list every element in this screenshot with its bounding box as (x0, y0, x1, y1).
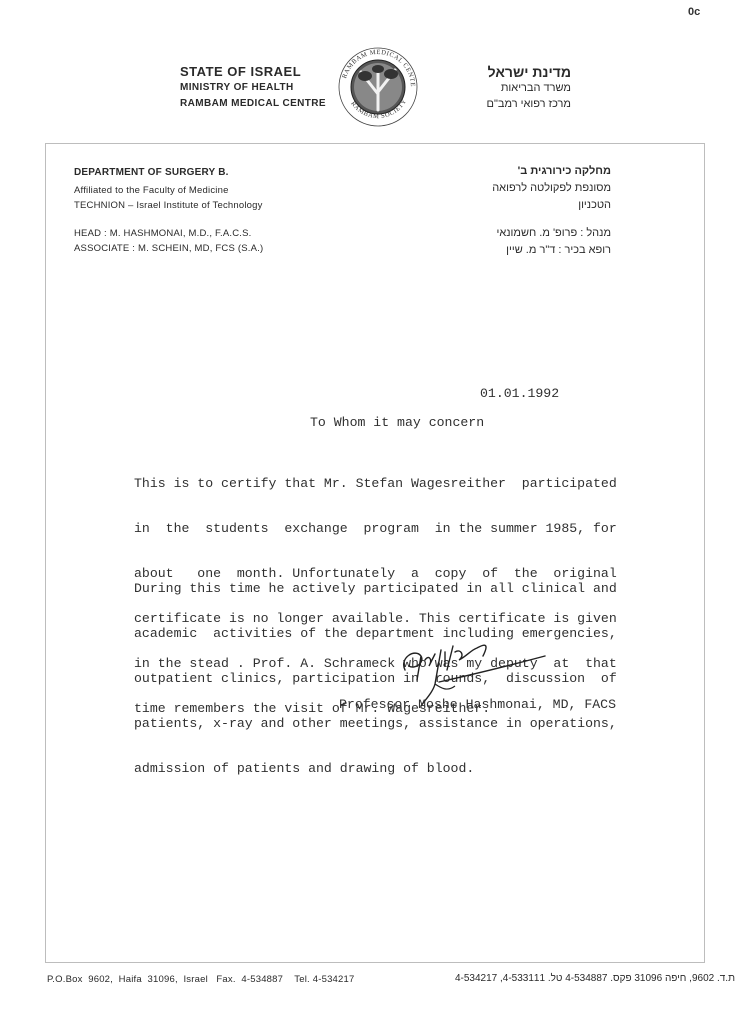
footer-address-hebrew: ת.ד. 9602, חיפה 31096 פקס. 4-534887 טל. … (440, 973, 735, 984)
corner-mark: 0c (688, 6, 700, 18)
body-line: patients, x-ray and other meetings, assi… (134, 716, 617, 731)
affiliation-line-1-hebrew: מסונפת לפקולטה לרפואה (492, 180, 611, 197)
letterhead-hebrew: מדינת ישראל משרד הבריאות מרכז רפואי רמב"… (487, 64, 571, 112)
department-english: DEPARTMENT OF SURGERY B. Affiliated to t… (74, 165, 263, 256)
body-line: This is to certify that Mr. Stefan Wages… (134, 476, 617, 491)
department-head: HEAD : M. HASHMONAI, M.D., F.A.C.S. (74, 226, 263, 241)
state-name: STATE OF ISRAEL (180, 64, 326, 80)
affiliation-line-2: TECHNION – Israel Institute of Technolog… (74, 198, 263, 213)
department-head-hebrew: מנהל : פרופ' מ. חשמונאי (492, 225, 611, 242)
department-name: DEPARTMENT OF SURGERY B. (74, 165, 263, 180)
hospital-name: RAMBAM MEDICAL CENTRE (180, 96, 326, 112)
department-name-hebrew: מחלקה כירורגית ב' (492, 163, 611, 180)
department-associate-hebrew: רופא בכיר : ד"ר מ. שיין (492, 242, 611, 259)
body-line: During this time he actively participate… (134, 581, 617, 596)
signer-name: Professor Moshe Hashmonai, MD, FACS (339, 697, 616, 712)
tree-seal-icon: RAMBAM MEDICAL CENTER RAMBAM SOCIETY (337, 42, 419, 132)
letter-date: 01.01.1992 (480, 386, 559, 401)
department-hebrew: מחלקה כירורגית ב' מסונפת לפקולטה לרפואה … (492, 163, 611, 259)
letterhead-english: STATE OF ISRAEL MINISTRY OF HEALTH RAMBA… (180, 64, 326, 112)
affiliation-line-1: Affiliated to the Faculty of Medicine (74, 183, 263, 198)
ministry-name-hebrew: משרד הבריאות (487, 80, 571, 96)
state-name-hebrew: מדינת ישראל (487, 64, 571, 80)
hospital-name-hebrew: מרכז רפואי רמב"ם (487, 96, 571, 112)
salutation: To Whom it may concern (310, 415, 484, 430)
body-line: in the students exchange program in the … (134, 521, 617, 536)
affiliation-line-2-hebrew: הטכניון (492, 197, 611, 214)
ministry-name: MINISTRY OF HEALTH (180, 80, 326, 96)
footer-address-english: P.O.Box 9602, Haifa 31096, Israel Fax. 4… (47, 974, 354, 985)
department-associate: ASSOCIATE : M. SCHEIN, MD, FCS (S.A.) (74, 241, 263, 256)
body-line: admission of patients and drawing of blo… (134, 761, 617, 776)
